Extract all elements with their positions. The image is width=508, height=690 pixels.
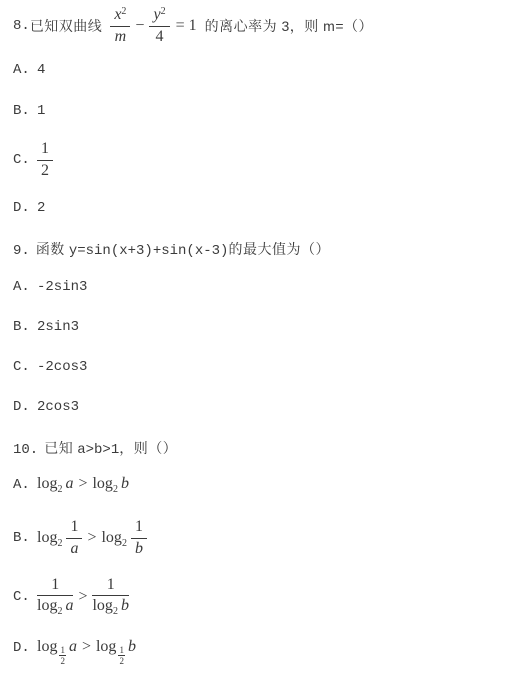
log-base: 2: [57, 484, 62, 495]
option-label: B.: [13, 530, 37, 546]
log-function: log: [37, 638, 57, 655]
log-function: log: [37, 475, 57, 492]
q9-option-a: A. -2sin3: [13, 279, 87, 295]
fraction-one-over-log2b: 1log2b: [92, 576, 128, 618]
log-base: 2: [113, 484, 118, 495]
option-label: B.: [13, 103, 37, 119]
question-8-lead: 已知双曲线: [30, 17, 103, 35]
greater-than: >: [82, 638, 91, 655]
greater-than: >: [87, 529, 96, 546]
q8-option-b: B. 1: [13, 103, 45, 119]
expression-log2-1a-gt-log2-1b: log21a>log21b: [37, 518, 147, 558]
denominator-b: b: [131, 539, 147, 558]
base-denominator: 2: [59, 656, 66, 666]
denominator-log2b: log2b: [92, 596, 128, 618]
base-numerator: 1: [59, 645, 66, 656]
variable-a: a: [65, 597, 73, 614]
option-label: D.: [13, 200, 37, 216]
log-function: log: [37, 597, 57, 614]
log-function: log: [92, 475, 112, 492]
option-label: D.: [13, 640, 37, 656]
question-9-stem: 9. 函数 y=sin(x+3)+sin(x-3) 的最大值为（）: [13, 240, 330, 259]
variable-b: b: [128, 638, 136, 655]
option-label: C.: [13, 589, 37, 605]
numerator: 1: [37, 140, 53, 160]
log-base: 2: [113, 606, 118, 617]
exponent: 2: [161, 6, 166, 17]
greater-than: >: [78, 475, 87, 492]
log-function: log: [101, 529, 121, 546]
half-base-subscript: 12: [118, 645, 125, 667]
question-10-tail: ，则（）: [119, 439, 177, 457]
question-9-lead: 函数: [36, 240, 65, 258]
option-value: 2: [37, 200, 45, 216]
minus-operator: −: [135, 17, 144, 34]
variable-b: b: [121, 597, 129, 614]
m-denominator: m: [110, 27, 130, 46]
question-8-number: 8.: [13, 18, 30, 34]
q8-option-d: D. 2: [13, 200, 45, 216]
exponent: 2: [121, 6, 126, 17]
expression-loghalf-a-gt-loghalf-b: log12a>log12b: [37, 638, 136, 666]
base-numerator: 1: [118, 645, 125, 656]
base-denominator: 2: [118, 656, 125, 666]
log-function: log: [96, 638, 116, 655]
option-label: C.: [13, 359, 37, 375]
option-value: 2sin3: [37, 319, 79, 335]
q10-option-a: A. log2a>log2b: [13, 475, 129, 495]
denominator-log2a: log2a: [37, 596, 73, 618]
fraction-x2-over-m: x2m: [110, 6, 130, 46]
numerator: 1: [37, 576, 73, 596]
question-9-formula: y=sin(x+3)+sin(x-3): [69, 243, 229, 259]
option-label: A.: [13, 477, 37, 493]
variable-a: a: [69, 638, 77, 655]
option-value: 1: [37, 103, 45, 119]
q8-option-a: A. 4: [13, 62, 45, 78]
variable-b: b: [121, 475, 129, 492]
option-label: A.: [13, 279, 37, 295]
question-10-stem: 10. 已知 a>b>1 ，则（）: [13, 439, 177, 458]
q9-option-d: D. 2cos3: [13, 399, 79, 415]
q8-option-c: C. 12: [13, 140, 53, 180]
option-label: D.: [13, 399, 37, 415]
question-10-condition: a>b>1: [77, 442, 119, 458]
question-10-number: 10.: [13, 442, 38, 458]
log-base: 2: [57, 606, 62, 617]
log-base: 2: [57, 538, 62, 549]
fraction-y2-over-4: y24: [149, 6, 169, 46]
denominator-a: a: [66, 539, 82, 558]
option-label: A.: [13, 62, 37, 78]
option-label: B.: [13, 319, 37, 335]
numerator: 1: [92, 576, 128, 596]
log-function: log: [37, 529, 57, 546]
fraction-one-over-b: 1b: [131, 518, 147, 558]
greater-than: >: [78, 588, 87, 605]
question-10-lead: 已知: [44, 439, 73, 457]
denominator: 2: [37, 161, 53, 180]
numerator: 1: [131, 518, 147, 538]
q9-option-b: B. 2sin3: [13, 319, 79, 335]
expression-1-log2a-gt-1-log2b: 1log2a>1log2b: [37, 576, 129, 618]
numerator: 1: [66, 518, 82, 538]
expression-log2a-gt-log2b: log2a>log2b: [37, 475, 129, 495]
question-9-tail: 的最大值为（）: [228, 240, 330, 258]
option-value: -2sin3: [37, 279, 87, 295]
option-label: C.: [13, 152, 37, 168]
q9-option-c: C. -2cos3: [13, 359, 87, 375]
q10-option-c: C. 1log2a>1log2b: [13, 572, 129, 622]
q8-formula: x2m−y24= 1: [110, 6, 196, 46]
half-base-subscript: 12: [59, 645, 66, 667]
option-value: -2cos3: [37, 359, 87, 375]
question-8-tail: 的离心率为 3，则 m=（）: [205, 17, 373, 35]
four-denominator: 4: [149, 27, 169, 46]
fraction-one-half: 12: [37, 140, 53, 180]
question-8-stem: 8. 已知双曲线 x2m−y24= 1 的离心率为 3，则 m=（）: [13, 4, 373, 48]
log-function: log: [92, 597, 112, 614]
variable-a: a: [65, 475, 73, 492]
log-base: 2: [122, 538, 127, 549]
question-9-number: 9.: [13, 243, 30, 259]
fraction-one-over-a: 1a: [66, 518, 82, 558]
fraction-one-over-log2a: 1log2a: [37, 576, 73, 618]
equals-one: = 1: [176, 17, 197, 34]
option-value: 4: [37, 62, 45, 78]
q10-option-d: D. log12a>log12b: [13, 638, 136, 666]
q10-option-b: B. log21a>log21b: [13, 515, 147, 561]
exam-page: 8. 已知双曲线 x2m−y24= 1 的离心率为 3，则 m=（） A. 4 …: [0, 0, 508, 690]
y-variable: y: [153, 6, 160, 23]
option-value: 2cos3: [37, 399, 79, 415]
